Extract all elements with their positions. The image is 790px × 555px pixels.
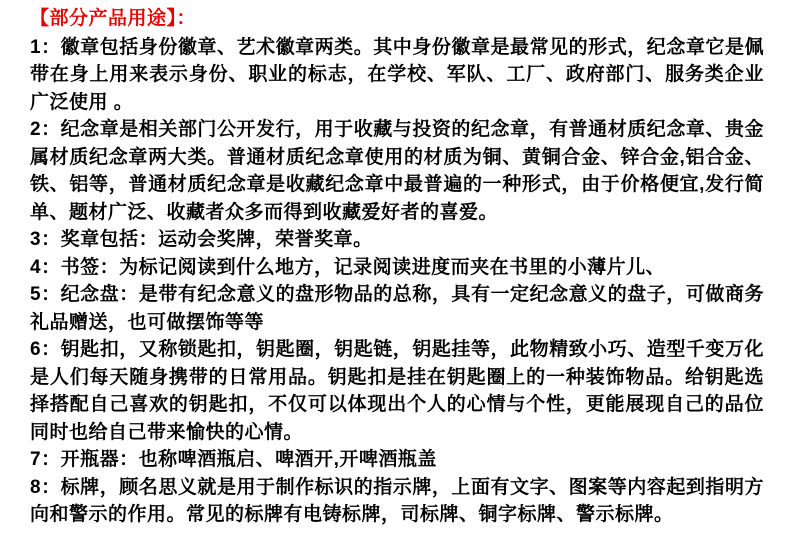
usage-item-bottle-opener: 7：开瓶器：也称啤酒瓶启、啤酒开,开啤酒瓶盖 <box>30 446 764 474</box>
usage-item-award-medal: 3：奖章包括：运动会奖牌，荣誉奖章。 <box>30 226 764 254</box>
usage-item-bookmark: 4：书签：为标记阅读到什么地方，记录阅读进度而夹在书里的小薄片儿、 <box>30 254 764 282</box>
usage-item-signage: 8：标牌，顾名思义就是用于制作标识的指示牌，上面有文字、图案等内容起到指明方向和… <box>30 474 764 529</box>
usage-item-commemorative-plate: 5：纪念盘：是带有纪念意义的盘形物品的总称，具有一定纪念意义的盘子，可做商务礼品… <box>30 281 764 336</box>
product-usage-document: 【部分产品用途】： 1：徽章包括身份徽章、艺术徽章两类。其中身份徽章是最常见的形… <box>0 0 790 555</box>
usage-item-keychain: 6：钥匙扣，又称锁匙扣，钥匙圈，钥匙链，钥匙挂等，此物精致小巧、造型千变万化是人… <box>30 336 764 446</box>
usage-item-badge: 1：徽章包括身份徽章、艺术徽章两类。其中身份徽章是最常见的形式，纪念章它是佩带在… <box>30 34 764 117</box>
usage-item-commemorative-medal: 2：纪念章是相关部门公开发行，用于收藏与投资的纪念章，有普通材质纪念章、贵金属材… <box>30 116 764 226</box>
section-heading: 【部分产品用途】： <box>30 5 764 33</box>
